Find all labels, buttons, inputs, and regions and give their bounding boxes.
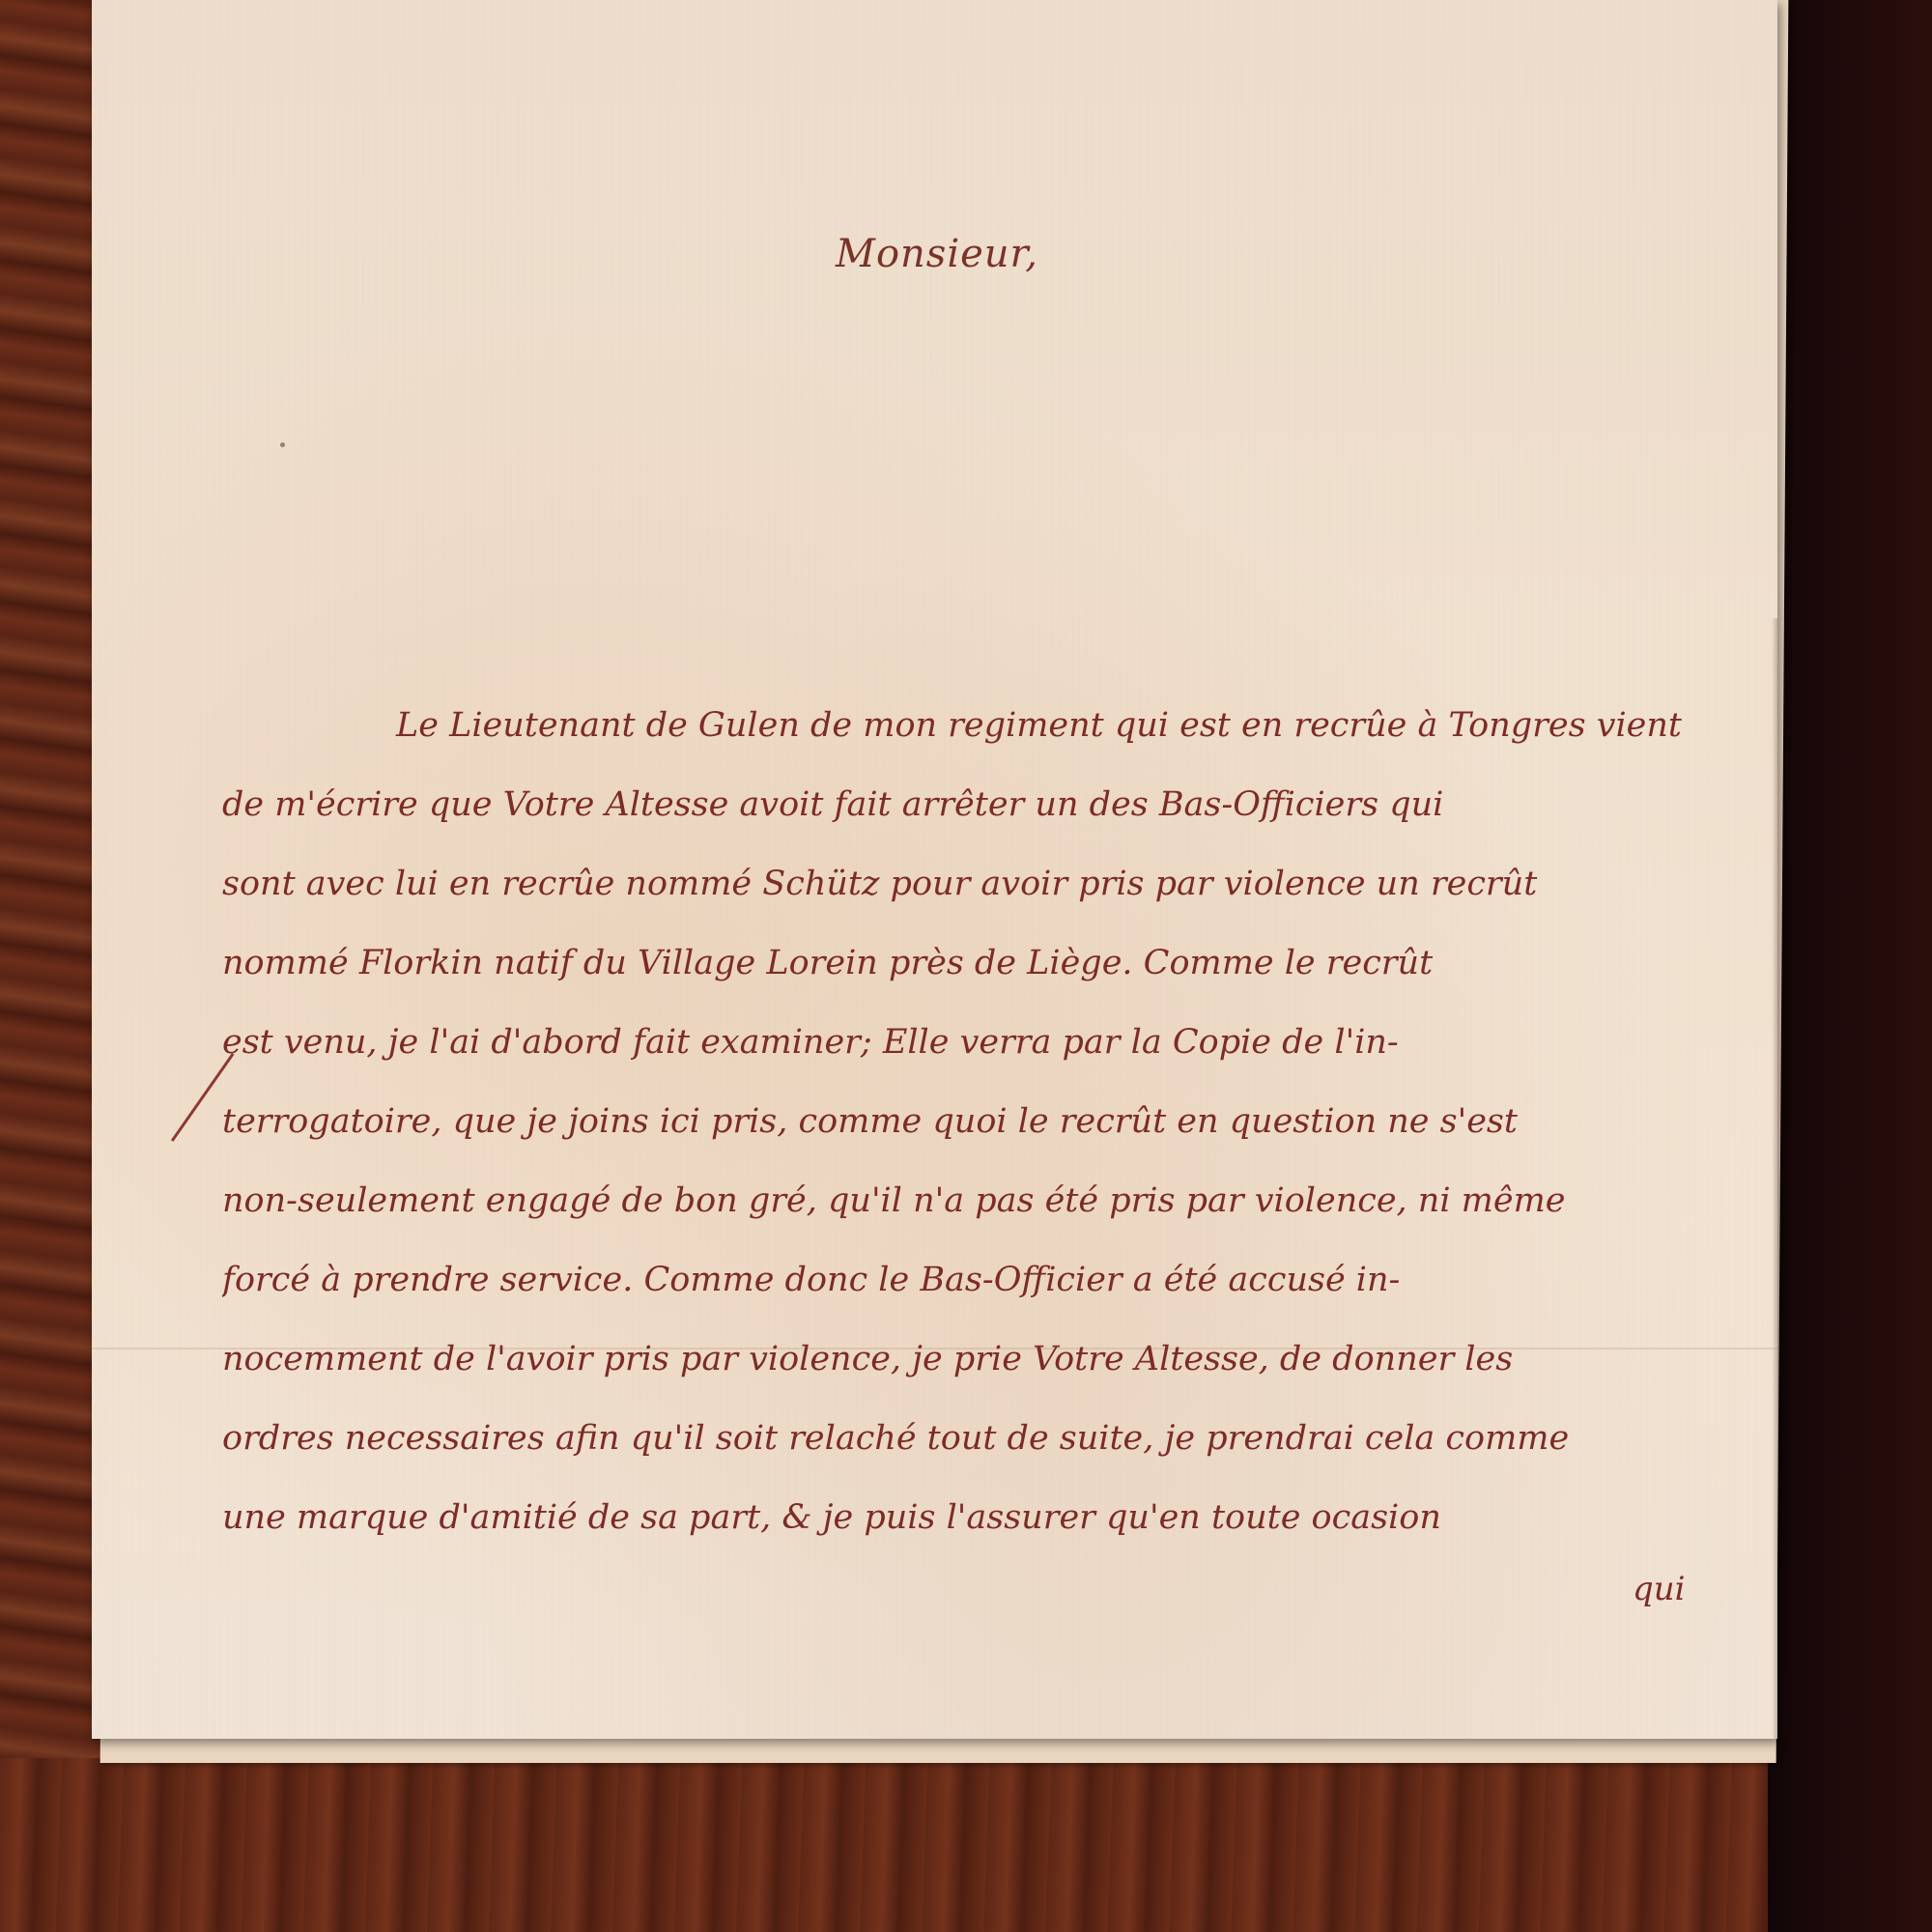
letter-line: ordres necessaires afin qu'il soit relac… — [222, 1399, 1758, 1478]
letter-line: est venu, je l'ai d'abord fait examiner;… — [222, 1003, 1758, 1082]
letter-line: terrogatoire, que je joins ici pris, com… — [222, 1082, 1758, 1161]
paper-right-edge-fold — [1772, 618, 1777, 1739]
letter-page: Monsieur, Le Lieutenant de Gulen de mon … — [92, 0, 1777, 1739]
wooden-table-surface — [0, 1758, 1932, 1932]
letter-line: nocemment de l'avoir pris par violence, … — [222, 1320, 1758, 1399]
letter-line: de m'écrire que Votre Altesse avoit fait… — [222, 765, 1758, 844]
letter-line: non-seulement engagé de bon gré, qu'il n… — [222, 1161, 1758, 1240]
letter-line: Le Lieutenant de Gulen de mon regiment q… — [222, 686, 1758, 765]
letter-line: nommé Florkin natif du Village Lorein pr… — [222, 923, 1758, 1003]
paper-speck — [280, 442, 285, 447]
letter-line: forcé à prendre service. Comme donc le B… — [222, 1240, 1758, 1320]
letter-line: sont avec lui en recrûe nommé Schütz pou… — [222, 844, 1758, 923]
catchword: qui — [1633, 1570, 1686, 1608]
salutation: Monsieur, — [836, 232, 1038, 276]
letter-line: une marque d'amitié de sa part, & je pui… — [222, 1478, 1758, 1557]
table-shadow-edge — [1768, 0, 1932, 1932]
letter-body: Le Lieutenant de Gulen de mon regiment q… — [222, 686, 1758, 1557]
